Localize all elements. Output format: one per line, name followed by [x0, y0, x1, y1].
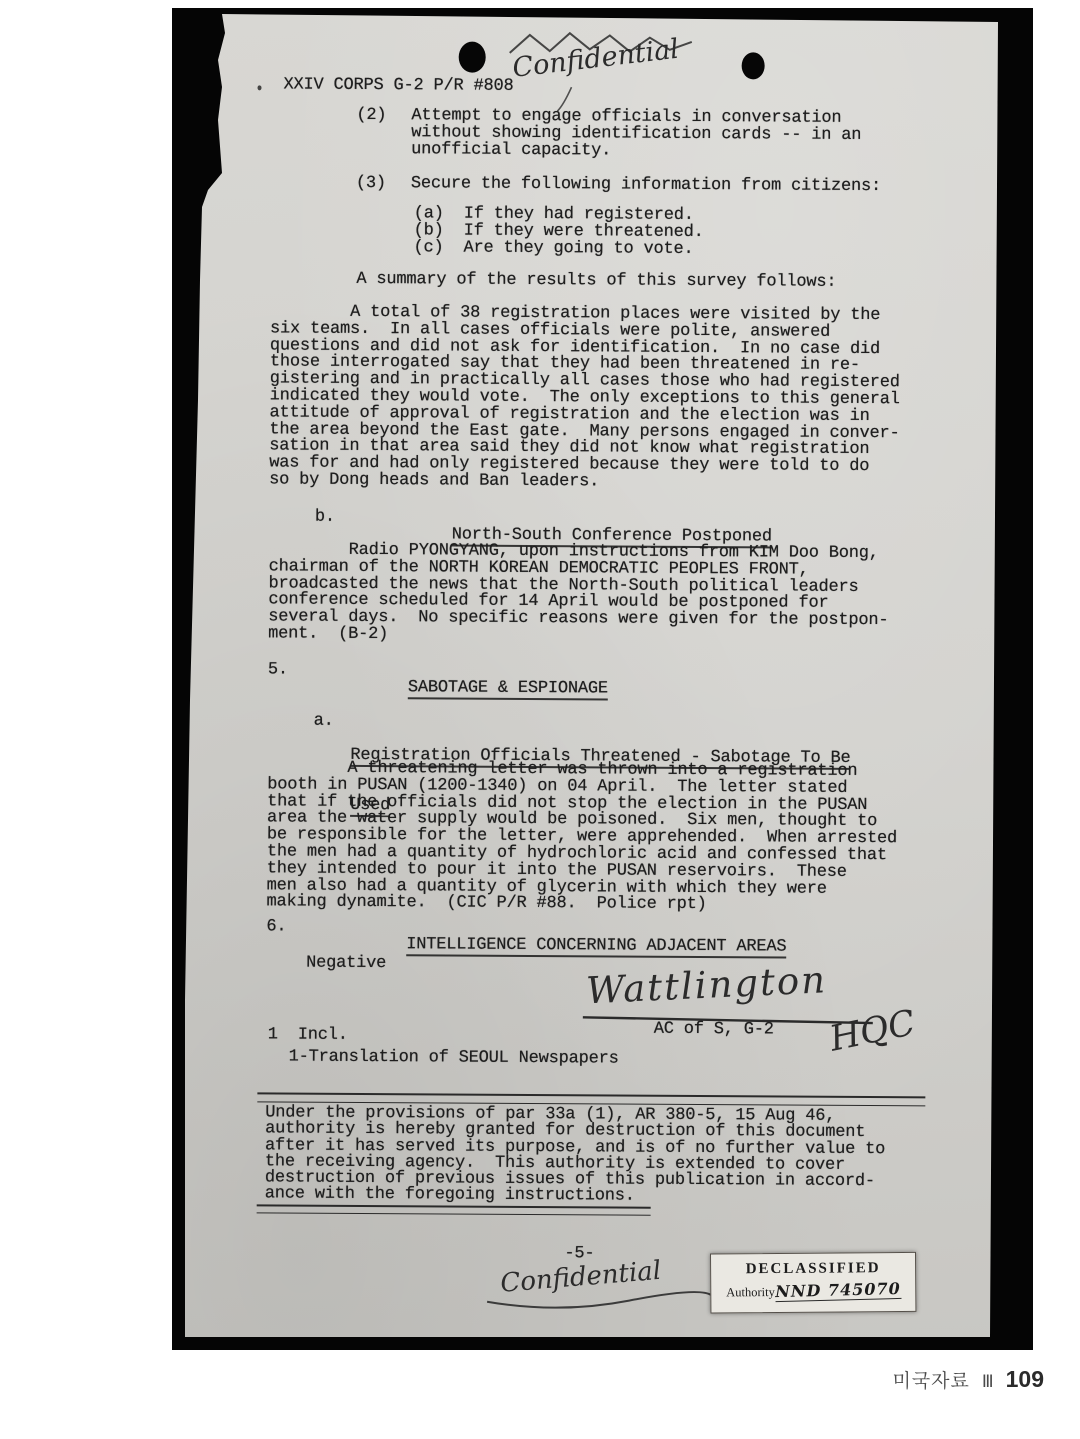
item3-label: (3) [356, 176, 386, 193]
item2-label: (2) [356, 108, 386, 125]
paper-content: Confidential XXIV CORPS G-2 P/R #808 (2)… [164, 7, 1033, 1354]
footer-volume-numeral: Ⅲ [982, 1372, 994, 1392]
item2-text: Attempt to engage officials in conversat… [411, 108, 861, 161]
section6-number: 6. [266, 919, 286, 936]
section5a-paragraph: A threatening letter was thrown into a r… [266, 760, 897, 915]
scan-background: Confidential XXIV CORPS G-2 P/R #808 (2)… [172, 8, 1033, 1350]
doc-header: XXIV CORPS G-2 P/R #808 [283, 77, 513, 95]
stamp-authority-line: AuthorityNND 745070 [711, 1280, 915, 1302]
summary-paragraph: A total of 38 registration places were v… [269, 304, 900, 493]
section5-number: 5. [268, 662, 288, 679]
stamp-authority-value: NND 745070 [775, 1279, 901, 1302]
destruction-notice-text: Under the provisions of par 33a (1), AR … [257, 1105, 926, 1207]
item3-text: Secure the following information from ci… [411, 176, 881, 196]
footer-page-number: 109 [1006, 1366, 1044, 1393]
svg-text:Confidential: Confidential [499, 1256, 662, 1299]
enclosure-count: 1 Incl. [268, 1027, 348, 1044]
signature-title: AC of S, G-2 [654, 1022, 774, 1040]
stamp-authority-label: Authority [726, 1285, 775, 1299]
svg-text:Wattlington: Wattlington [585, 958, 828, 1012]
stamp-title: DECLASSIFIED [711, 1260, 915, 1279]
punch-hole-right [742, 52, 765, 79]
section5a-label: a. [314, 714, 334, 731]
enclosure-item: 1-Translation of SEOUL Newspapers [289, 1050, 619, 1069]
notice-bottom-rule [257, 1204, 651, 1215]
scanned-document-page: Confidential XXIV CORPS G-2 P/R #808 (2)… [0, 0, 1080, 1439]
citizen-questions-list: (a) If they had registered. (b) If they … [413, 206, 703, 258]
signature-initials-handwriting: HQC [821, 1009, 951, 1070]
section-b-paragraph: Radio PYONGYANG, upon instructions from … [268, 542, 889, 647]
section-b-label: b. [315, 510, 335, 527]
section5-title: SABOTAGE & ESPIONAGE [308, 663, 608, 715]
book-footer: 미국자료 Ⅲ 109 [892, 1366, 1044, 1393]
ink-speck [257, 85, 261, 90]
section6-body: Negative [306, 956, 386, 973]
declassified-stamp: DECLASSIFIED AuthorityNND 745070 [710, 1252, 916, 1314]
svg-text:HQC: HQC [825, 1003, 918, 1060]
destruction-notice: Under the provisions of par 33a (1), AR … [257, 1092, 926, 1217]
punch-hole-left [459, 42, 486, 73]
footer-series-title: 미국자료 [892, 1366, 969, 1393]
summary-intro: A summary of the results of this survey … [356, 272, 836, 292]
paper-sheet: Confidential XXIV CORPS G-2 P/R #808 (2)… [172, 8, 1033, 1350]
confidential-handwriting-top: Confidential [501, 25, 711, 101]
